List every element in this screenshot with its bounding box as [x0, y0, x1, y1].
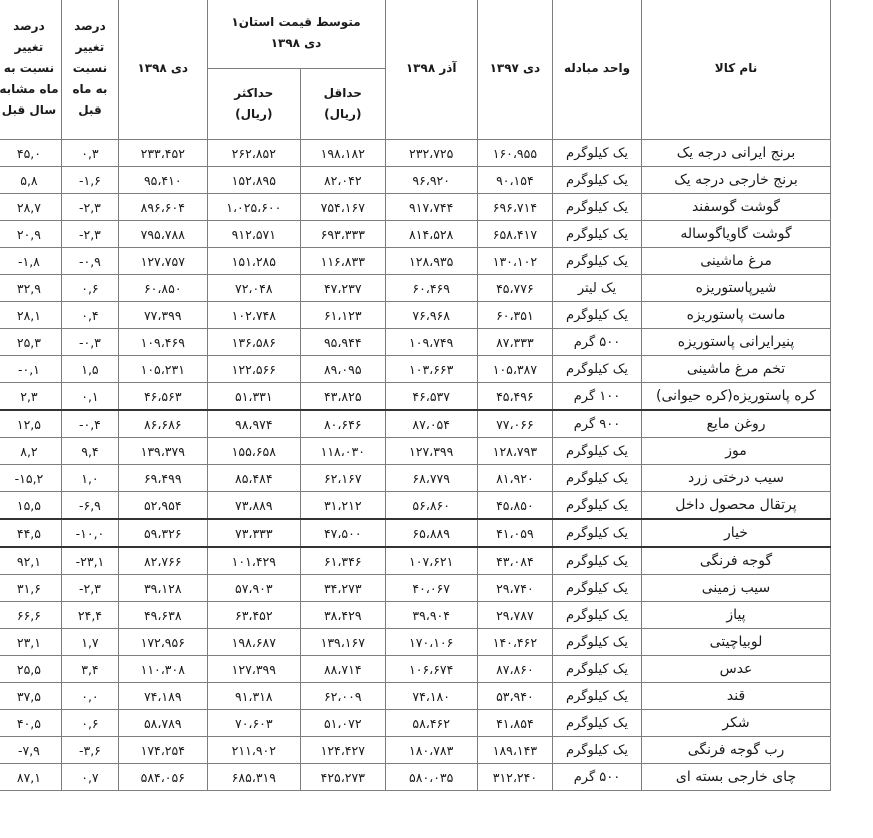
- min-price-cell: ۱۹۸،۱۸۲: [301, 140, 385, 167]
- mom-change-cell: ۰,۳: [61, 140, 118, 167]
- mom-change-cell: ۳,۴: [61, 656, 118, 683]
- table-row: ۳۲,۹ ۰,۶ ۶۰،۸۵۰ ۷۲،۰۴۸ ۴۷،۲۳۷ ۶۰،۴۶۹ ۴۵،…: [0, 275, 869, 302]
- header-province-avg: متوسط قیمت استان۱ دی ۱۳۹۸: [207, 0, 385, 69]
- min-price-cell: ۸۸،۷۱۴: [301, 656, 385, 683]
- azar-1398-cell: ۴۰،۰۶۷: [385, 575, 477, 602]
- azar-1398-cell: ۹۶،۹۲۰: [385, 167, 477, 194]
- dey-1397-cell: ۴۱،۰۵۹: [477, 519, 552, 547]
- min-price-cell: ۳۱،۲۱۲: [301, 492, 385, 520]
- right-margin-cell: [830, 167, 869, 194]
- max-price-cell: ۱۹۸،۶۸۷: [207, 629, 301, 656]
- azar-1398-cell: ۵۶،۸۶۰: [385, 492, 477, 520]
- azar-1398-cell: ۱۰۶،۶۷۴: [385, 656, 477, 683]
- azar-1398-cell: ۹۱۷،۷۴۴: [385, 194, 477, 221]
- dey-1398-cell: ۵۲،۹۵۴: [119, 492, 208, 520]
- yoy-change-cell: ۴۵,۰: [0, 140, 61, 167]
- dey-1398-cell: ۷۷،۳۹۹: [119, 302, 208, 329]
- unit-cell: یک کیلوگرم: [552, 302, 641, 329]
- header-yoy-change: درصد تغییر نسبت به ماه مشابه سال قبل: [0, 0, 61, 140]
- dey-1398-cell: ۷۹۵،۷۸۸: [119, 221, 208, 248]
- dey-1397-cell: ۲۹،۷۸۷: [477, 602, 552, 629]
- dey-1397-cell: ۵۳،۹۴۰: [477, 683, 552, 710]
- azar-1398-cell: ۱۸۰،۷۸۳: [385, 737, 477, 764]
- yoy-change-cell: ۳۲,۹: [0, 275, 61, 302]
- azar-1398-cell: ۷۶،۹۶۸: [385, 302, 477, 329]
- dey-1397-cell: ۸۱،۹۲۰: [477, 465, 552, 492]
- right-margin-cell: [830, 140, 869, 167]
- yoy-change-cell: ۲۸,۷: [0, 194, 61, 221]
- dey-1397-cell: ۱۴۰،۴۶۲: [477, 629, 552, 656]
- table-row: ۲۵,۳ ۰,۳- ۱۰۹،۴۶۹ ۱۳۶،۵۸۶ ۹۵،۹۴۴ ۱۰۹،۷۴۹…: [0, 329, 869, 356]
- max-price-cell: ۱،۰۲۵،۶۰۰: [207, 194, 301, 221]
- right-margin-cell: [830, 248, 869, 275]
- table-row: ۶۶,۶ ۲۴,۴ ۴۹،۶۳۸ ۶۳،۴۵۲ ۳۸،۴۲۹ ۳۹،۹۰۴ ۲۹…: [0, 602, 869, 629]
- max-price-cell: ۲۱۱،۹۰۲: [207, 737, 301, 764]
- min-price-cell: ۴۷،۵۰۰: [301, 519, 385, 547]
- table-row: ۸,۲ ۹,۴ ۱۳۹،۳۷۹ ۱۵۵،۶۵۸ ۱۱۸،۰۳۰ ۱۲۷،۳۹۹ …: [0, 438, 869, 465]
- item-name-cell: رب گوجه فرنگی: [642, 737, 831, 764]
- mom-change-cell: ۲۳,۱-: [61, 547, 118, 575]
- min-price-cell: ۱۱۶،۸۳۳: [301, 248, 385, 275]
- dey-1397-cell: ۸۷،۸۶۰: [477, 656, 552, 683]
- min-price-cell: ۶۲،۰۰۹: [301, 683, 385, 710]
- dey-1398-cell: ۱۲۷،۷۵۷: [119, 248, 208, 275]
- min-price-cell: ۱۲۴،۴۲۷: [301, 737, 385, 764]
- header-max: حداکثر (ریال): [207, 69, 301, 140]
- max-price-cell: ۹۸،۹۷۴: [207, 410, 301, 438]
- dey-1398-cell: ۸۲،۷۶۶: [119, 547, 208, 575]
- min-price-cell: ۳۴،۲۷۳: [301, 575, 385, 602]
- azar-1398-cell: ۶۸،۷۷۹: [385, 465, 477, 492]
- mom-change-cell: ۰,۱: [61, 383, 118, 411]
- price-table: درصد تغییر نسبت به ماه مشابه سال قبل درص…: [0, 0, 869, 791]
- unit-cell: یک کیلوگرم: [552, 575, 641, 602]
- right-margin-cell: [830, 629, 869, 656]
- item-name-cell: پیاز: [642, 602, 831, 629]
- right-margin-cell: [830, 656, 869, 683]
- yoy-change-cell: ۲۵,۵: [0, 656, 61, 683]
- mom-change-cell: ۱,۶-: [61, 167, 118, 194]
- item-name-cell: سیب درختی زرد: [642, 465, 831, 492]
- dey-1398-cell: ۱۱۰،۳۰۸: [119, 656, 208, 683]
- mom-change-cell: ۶,۹-: [61, 492, 118, 520]
- azar-1398-cell: ۵۸،۴۶۲: [385, 710, 477, 737]
- max-price-cell: ۸۵،۴۸۴: [207, 465, 301, 492]
- dey-1397-cell: ۳۱۲،۲۴۰: [477, 764, 552, 791]
- table-row: ۳۱,۶ ۲,۳- ۳۹،۱۲۸ ۵۷،۹۰۳ ۳۴،۲۷۳ ۴۰،۰۶۷ ۲۹…: [0, 575, 869, 602]
- unit-cell: یک کیلوگرم: [552, 737, 641, 764]
- table-row: ۱۵,۲- ۱,۰ ۶۹،۴۹۹ ۸۵،۴۸۴ ۶۲،۱۶۷ ۶۸،۷۷۹ ۸۱…: [0, 465, 869, 492]
- dey-1398-cell: ۵۸۴،۰۵۶: [119, 764, 208, 791]
- table-row: ۱۲,۵ ۰,۴- ۸۶،۶۸۶ ۹۸،۹۷۴ ۸۰،۶۴۶ ۸۷،۰۵۴ ۷۷…: [0, 410, 869, 438]
- table-row: ۲۸,۱ ۰,۴ ۷۷،۳۹۹ ۱۰۲،۷۴۸ ۶۱،۱۲۳ ۷۶،۹۶۸ ۶۰…: [0, 302, 869, 329]
- item-name-cell: برنج ایرانی درجه یک: [642, 140, 831, 167]
- max-price-cell: ۱۰۱،۴۲۹: [207, 547, 301, 575]
- mom-change-cell: ۲,۳-: [61, 575, 118, 602]
- dey-1397-cell: ۶۵۸،۴۱۷: [477, 221, 552, 248]
- unit-cell: یک لیتر: [552, 275, 641, 302]
- item-name-cell: موز: [642, 438, 831, 465]
- right-margin-cell: [830, 764, 869, 791]
- max-price-cell: ۷۰،۶۰۳: [207, 710, 301, 737]
- unit-cell: یک کیلوگرم: [552, 492, 641, 520]
- table-row: ۸۷,۱ ۰,۷ ۵۸۴،۰۵۶ ۶۸۵،۳۱۹ ۴۲۵،۲۷۳ ۵۸۰،۰۳۵…: [0, 764, 869, 791]
- mom-change-cell: ۱,۵: [61, 356, 118, 383]
- dey-1397-cell: ۴۳،۰۸۴: [477, 547, 552, 575]
- unit-cell: ۹۰۰ گرم: [552, 410, 641, 438]
- azar-1398-cell: ۱۰۷،۶۲۱: [385, 547, 477, 575]
- unit-cell: یک کیلوگرم: [552, 465, 641, 492]
- table-row: ۴۴,۵ ۱۰,۰- ۵۹،۳۲۶ ۷۳،۳۳۳ ۴۷،۵۰۰ ۶۵،۸۸۹ ۴…: [0, 519, 869, 547]
- dey-1397-cell: ۱۶۰،۹۵۵: [477, 140, 552, 167]
- unit-cell: ۵۰۰ گرم: [552, 764, 641, 791]
- azar-1398-cell: ۵۸۰،۰۳۵: [385, 764, 477, 791]
- max-price-cell: ۹۱۲،۵۷۱: [207, 221, 301, 248]
- table-row: ۴۰,۵ ۰,۶ ۵۸،۷۸۹ ۷۰،۶۰۳ ۵۱،۰۷۲ ۵۸،۴۶۲ ۴۱،…: [0, 710, 869, 737]
- min-price-cell: ۴۲۵،۲۷۳: [301, 764, 385, 791]
- dey-1398-cell: ۳۹،۱۲۸: [119, 575, 208, 602]
- yoy-change-cell: ۲۵,۳: [0, 329, 61, 356]
- table-row: ۷,۹- ۳,۶- ۱۷۴،۲۵۴ ۲۱۱،۹۰۲ ۱۲۴،۴۲۷ ۱۸۰،۷۸…: [0, 737, 869, 764]
- dey-1397-cell: ۴۱،۸۵۴: [477, 710, 552, 737]
- max-price-cell: ۵۱،۳۳۱: [207, 383, 301, 411]
- table-row: ۱۵,۵ ۶,۹- ۵۲،۹۵۴ ۷۳،۸۸۹ ۳۱،۲۱۲ ۵۶،۸۶۰ ۴۵…: [0, 492, 869, 520]
- azar-1398-cell: ۶۵،۸۸۹: [385, 519, 477, 547]
- dey-1397-cell: ۶۰،۳۵۱: [477, 302, 552, 329]
- table-row: ۲۳,۱ ۱,۷ ۱۷۲،۹۵۶ ۱۹۸،۶۸۷ ۱۳۹،۱۶۷ ۱۷۰،۱۰۶…: [0, 629, 869, 656]
- yoy-change-cell: ۸۷,۱: [0, 764, 61, 791]
- max-price-cell: ۱۲۲،۵۶۶: [207, 356, 301, 383]
- min-price-cell: ۵۱،۰۷۲: [301, 710, 385, 737]
- max-price-cell: ۶۳،۴۵۲: [207, 602, 301, 629]
- mom-change-cell: ۰,۶: [61, 710, 118, 737]
- right-margin-cell: [830, 602, 869, 629]
- max-price-cell: ۱۳۶،۵۸۶: [207, 329, 301, 356]
- mom-change-cell: ۲,۳-: [61, 194, 118, 221]
- mom-change-cell: ۱۰,۰-: [61, 519, 118, 547]
- azar-1398-cell: ۱۲۷،۳۹۹: [385, 438, 477, 465]
- max-price-cell: ۶۸۵،۳۱۹: [207, 764, 301, 791]
- unit-cell: یک کیلوگرم: [552, 547, 641, 575]
- dey-1398-cell: ۹۵،۴۱۰: [119, 167, 208, 194]
- dey-1398-cell: ۱۰۵،۲۳۱: [119, 356, 208, 383]
- dey-1398-cell: ۵۸،۷۸۹: [119, 710, 208, 737]
- yoy-change-cell: ۹۲,۱: [0, 547, 61, 575]
- mom-change-cell: ۰,۳-: [61, 329, 118, 356]
- yoy-change-cell: ۱,۸-: [0, 248, 61, 275]
- item-name-cell: ماست پاستوریزه: [642, 302, 831, 329]
- unit-cell: یک کیلوگرم: [552, 602, 641, 629]
- min-price-cell: ۸۲،۰۴۲: [301, 167, 385, 194]
- azar-1398-cell: ۶۰،۴۶۹: [385, 275, 477, 302]
- dey-1398-cell: ۱۷۲،۹۵۶: [119, 629, 208, 656]
- dey-1398-cell: ۱۳۹،۳۷۹: [119, 438, 208, 465]
- dey-1398-cell: ۴۹،۶۳۸: [119, 602, 208, 629]
- mom-change-cell: ۰,۴: [61, 302, 118, 329]
- yoy-change-cell: ۰,۱-: [0, 356, 61, 383]
- mom-change-cell: ۰,۹-: [61, 248, 118, 275]
- table-row: ۲۸,۷ ۲,۳- ۸۹۶،۶۰۴ ۱،۰۲۵،۶۰۰ ۷۵۴،۱۶۷ ۹۱۷،…: [0, 194, 869, 221]
- unit-cell: یک کیلوگرم: [552, 710, 641, 737]
- dey-1398-cell: ۵۹،۳۲۶: [119, 519, 208, 547]
- max-price-cell: ۱۵۲،۸۹۵: [207, 167, 301, 194]
- azar-1398-cell: ۴۶،۵۳۷: [385, 383, 477, 411]
- min-price-cell: ۶۱،۱۲۳: [301, 302, 385, 329]
- right-margin-cell: [830, 683, 869, 710]
- min-price-cell: ۹۵،۹۴۴: [301, 329, 385, 356]
- header-mom-change: درصد تغییر نسبت به ماه قبل: [61, 0, 118, 140]
- max-price-cell: ۱۰۲،۷۴۸: [207, 302, 301, 329]
- dey-1397-cell: ۷۷،۰۶۶: [477, 410, 552, 438]
- max-price-cell: ۲۶۲،۸۵۲: [207, 140, 301, 167]
- item-name-cell: کره پاستوریزه(کره حیوانی): [642, 383, 831, 411]
- mom-change-cell: ۰,۰: [61, 683, 118, 710]
- yoy-change-cell: ۱۵,۵: [0, 492, 61, 520]
- dey-1397-cell: ۱۳۰،۱۰۲: [477, 248, 552, 275]
- azar-1398-cell: ۸۱۴،۵۲۸: [385, 221, 477, 248]
- right-margin-cell: [830, 465, 869, 492]
- azar-1398-cell: ۳۹،۹۰۴: [385, 602, 477, 629]
- min-price-cell: ۶۱،۳۴۶: [301, 547, 385, 575]
- item-name-cell: لوبیاچیتی: [642, 629, 831, 656]
- item-name-cell: چای خارجی بسته ای: [642, 764, 831, 791]
- item-name-cell: برنج خارجی درجه یک: [642, 167, 831, 194]
- min-price-cell: ۱۱۸،۰۳۰: [301, 438, 385, 465]
- unit-cell: ۵۰۰ گرم: [552, 329, 641, 356]
- azar-1398-cell: ۱۰۳،۶۶۳: [385, 356, 477, 383]
- azar-1398-cell: ۱۰۹،۷۴۹: [385, 329, 477, 356]
- dey-1397-cell: ۸۷،۳۳۳: [477, 329, 552, 356]
- right-margin-cell: [830, 221, 869, 248]
- item-name-cell: روغن مایع: [642, 410, 831, 438]
- dey-1398-cell: ۴۶،۵۶۳: [119, 383, 208, 411]
- dey-1397-cell: ۱۲۸،۷۹۳: [477, 438, 552, 465]
- min-price-cell: ۸۹،۰۹۵: [301, 356, 385, 383]
- azar-1398-cell: ۱۲۸،۹۳۵: [385, 248, 477, 275]
- max-price-cell: ۵۷،۹۰۳: [207, 575, 301, 602]
- yoy-change-cell: ۱۲,۵: [0, 410, 61, 438]
- item-name-cell: عدس: [642, 656, 831, 683]
- dey-1398-cell: ۷۴،۱۸۹: [119, 683, 208, 710]
- dey-1397-cell: ۴۵،۴۹۶: [477, 383, 552, 411]
- unit-cell: یک کیلوگرم: [552, 629, 641, 656]
- dey-1397-cell: ۱۸۹،۱۴۳: [477, 737, 552, 764]
- unit-cell: یک کیلوگرم: [552, 140, 641, 167]
- max-price-cell: ۱۵۱،۲۸۵: [207, 248, 301, 275]
- mom-change-cell: ۱,۷: [61, 629, 118, 656]
- mom-change-cell: ۰,۴-: [61, 410, 118, 438]
- item-name-cell: گوجه فرنگی: [642, 547, 831, 575]
- table-body: ۴۵,۰ ۰,۳ ۲۳۳،۴۵۲ ۲۶۲،۸۵۲ ۱۹۸،۱۸۲ ۲۳۲،۷۲۵…: [0, 140, 869, 791]
- right-margin-cell: [830, 547, 869, 575]
- unit-cell: یک کیلوگرم: [552, 519, 641, 547]
- unit-cell: یک کیلوگرم: [552, 167, 641, 194]
- item-name-cell: گوشت گاویاگوساله: [642, 221, 831, 248]
- yoy-change-cell: ۲۳,۱: [0, 629, 61, 656]
- yoy-change-cell: ۸,۲: [0, 438, 61, 465]
- yoy-change-cell: ۲۰,۹: [0, 221, 61, 248]
- mom-change-cell: ۳,۶-: [61, 737, 118, 764]
- min-price-cell: ۶۲،۱۶۷: [301, 465, 385, 492]
- max-price-cell: ۷۳،۸۸۹: [207, 492, 301, 520]
- azar-1398-cell: ۱۷۰،۱۰۶: [385, 629, 477, 656]
- item-name-cell: شکر: [642, 710, 831, 737]
- right-margin-cell: [830, 383, 869, 411]
- table-row: ۵,۸ ۱,۶- ۹۵،۴۱۰ ۱۵۲،۸۹۵ ۸۲،۰۴۲ ۹۶،۹۲۰ ۹۰…: [0, 167, 869, 194]
- item-name-cell: گوشت گوسفند: [642, 194, 831, 221]
- header-unit: واحد مبادله: [552, 0, 641, 140]
- unit-cell: یک کیلوگرم: [552, 356, 641, 383]
- header-dey-1398: دی ۱۳۹۸: [119, 0, 208, 140]
- max-price-cell: ۷۲،۰۴۸: [207, 275, 301, 302]
- right-margin: [830, 0, 869, 140]
- dey-1398-cell: ۱۰۹،۴۶۹: [119, 329, 208, 356]
- table-row: ۰,۱- ۱,۵ ۱۰۵،۲۳۱ ۱۲۲،۵۶۶ ۸۹،۰۹۵ ۱۰۳،۶۶۳ …: [0, 356, 869, 383]
- right-margin-cell: [830, 492, 869, 520]
- table-row: ۳۷,۵ ۰,۰ ۷۴،۱۸۹ ۹۱،۳۱۸ ۶۲،۰۰۹ ۷۴،۱۸۰ ۵۳،…: [0, 683, 869, 710]
- right-margin-cell: [830, 275, 869, 302]
- yoy-change-cell: ۴۴,۵: [0, 519, 61, 547]
- dey-1397-cell: ۴۵،۸۵۰: [477, 492, 552, 520]
- mom-change-cell: ۲,۳-: [61, 221, 118, 248]
- yoy-change-cell: ۴۰,۵: [0, 710, 61, 737]
- max-price-cell: ۷۳،۳۳۳: [207, 519, 301, 547]
- right-margin-cell: [830, 410, 869, 438]
- yoy-change-cell: ۶۶,۶: [0, 602, 61, 629]
- max-price-cell: ۹۱،۳۱۸: [207, 683, 301, 710]
- min-price-cell: ۶۹۳،۳۳۳: [301, 221, 385, 248]
- table-row: ۹۲,۱ ۲۳,۱- ۸۲،۷۶۶ ۱۰۱،۴۲۹ ۶۱،۳۴۶ ۱۰۷،۶۲۱…: [0, 547, 869, 575]
- mom-change-cell: ۰,۶: [61, 275, 118, 302]
- right-margin-cell: [830, 438, 869, 465]
- yoy-change-cell: ۱۵,۲-: [0, 465, 61, 492]
- mom-change-cell: ۹,۴: [61, 438, 118, 465]
- yoy-change-cell: ۳۱,۶: [0, 575, 61, 602]
- dey-1397-cell: ۴۵،۷۷۶: [477, 275, 552, 302]
- max-price-cell: ۱۲۷،۳۹۹: [207, 656, 301, 683]
- item-name-cell: سیب زمینی: [642, 575, 831, 602]
- max-price-cell: ۱۵۵،۶۵۸: [207, 438, 301, 465]
- unit-cell: یک کیلوگرم: [552, 656, 641, 683]
- table-row: ۴۵,۰ ۰,۳ ۲۳۳،۴۵۲ ۲۶۲،۸۵۲ ۱۹۸،۱۸۲ ۲۳۲،۷۲۵…: [0, 140, 869, 167]
- unit-cell: یک کیلوگرم: [552, 438, 641, 465]
- table-row: ۱,۸- ۰,۹- ۱۲۷،۷۵۷ ۱۵۱،۲۸۵ ۱۱۶،۸۳۳ ۱۲۸،۹۳…: [0, 248, 869, 275]
- item-name-cell: قند: [642, 683, 831, 710]
- right-margin-cell: [830, 194, 869, 221]
- unit-cell: یک کیلوگرم: [552, 683, 641, 710]
- right-margin-cell: [830, 356, 869, 383]
- mom-change-cell: ۱,۰: [61, 465, 118, 492]
- yoy-change-cell: ۲,۳: [0, 383, 61, 411]
- right-margin-cell: [830, 710, 869, 737]
- dey-1398-cell: ۸۶،۶۸۶: [119, 410, 208, 438]
- min-price-cell: ۱۳۹،۱۶۷: [301, 629, 385, 656]
- unit-cell: ۱۰۰ گرم: [552, 383, 641, 411]
- azar-1398-cell: ۸۷،۰۵۴: [385, 410, 477, 438]
- header-item-name: نام کالا: [642, 0, 831, 140]
- azar-1398-cell: ۷۴،۱۸۰: [385, 683, 477, 710]
- dey-1398-cell: ۱۷۴،۲۵۴: [119, 737, 208, 764]
- min-price-cell: ۷۵۴،۱۶۷: [301, 194, 385, 221]
- dey-1398-cell: ۶۰،۸۵۰: [119, 275, 208, 302]
- dey-1397-cell: ۲۹،۷۴۰: [477, 575, 552, 602]
- table-row: ۲,۳ ۰,۱ ۴۶،۵۶۳ ۵۱،۳۳۱ ۴۳،۸۲۵ ۴۶،۵۳۷ ۴۵،۴…: [0, 383, 869, 411]
- unit-cell: یک کیلوگرم: [552, 194, 641, 221]
- yoy-change-cell: ۳۷,۵: [0, 683, 61, 710]
- right-margin-cell: [830, 329, 869, 356]
- dey-1397-cell: ۶۹۶،۷۱۴: [477, 194, 552, 221]
- unit-cell: یک کیلوگرم: [552, 221, 641, 248]
- item-name-cell: پنیرایرانی پاستوریزه: [642, 329, 831, 356]
- table-row: ۲۰,۹ ۲,۳- ۷۹۵،۷۸۸ ۹۱۲،۵۷۱ ۶۹۳،۳۳۳ ۸۱۴،۵۲…: [0, 221, 869, 248]
- yoy-change-cell: ۵,۸: [0, 167, 61, 194]
- dey-1397-cell: ۱۰۵،۳۸۷: [477, 356, 552, 383]
- dey-1398-cell: ۶۹،۴۹۹: [119, 465, 208, 492]
- right-margin-cell: [830, 737, 869, 764]
- header-dey-1397: دی ۱۳۹۷: [477, 0, 552, 140]
- item-name-cell: مرغ ماشینی: [642, 248, 831, 275]
- mom-change-cell: ۰,۷: [61, 764, 118, 791]
- dey-1397-cell: ۹۰،۱۵۴: [477, 167, 552, 194]
- table-row: ۲۵,۵ ۳,۴ ۱۱۰،۳۰۸ ۱۲۷،۳۹۹ ۸۸،۷۱۴ ۱۰۶،۶۷۴ …: [0, 656, 869, 683]
- item-name-cell: خیار: [642, 519, 831, 547]
- yoy-change-cell: ۷,۹-: [0, 737, 61, 764]
- min-price-cell: ۴۷،۲۳۷: [301, 275, 385, 302]
- min-price-cell: ۸۰،۶۴۶: [301, 410, 385, 438]
- header-azar-1398: آذر ۱۳۹۸: [385, 0, 477, 140]
- item-name-cell: شیرپاستوریزه: [642, 275, 831, 302]
- min-price-cell: ۴۳،۸۲۵: [301, 383, 385, 411]
- item-name-cell: تخم مرغ ماشینی: [642, 356, 831, 383]
- min-price-cell: ۳۸،۴۲۹: [301, 602, 385, 629]
- right-margin-cell: [830, 575, 869, 602]
- right-margin-cell: [830, 302, 869, 329]
- item-name-cell: پرتقال محصول داخل: [642, 492, 831, 520]
- yoy-change-cell: ۲۸,۱: [0, 302, 61, 329]
- azar-1398-cell: ۲۳۲،۷۲۵: [385, 140, 477, 167]
- dey-1398-cell: ۸۹۶،۶۰۴: [119, 194, 208, 221]
- unit-cell: یک کیلوگرم: [552, 248, 641, 275]
- right-margin-cell: [830, 519, 869, 547]
- mom-change-cell: ۲۴,۴: [61, 602, 118, 629]
- header-min: حداقل (ریال): [301, 69, 385, 140]
- dey-1398-cell: ۲۳۳،۴۵۲: [119, 140, 208, 167]
